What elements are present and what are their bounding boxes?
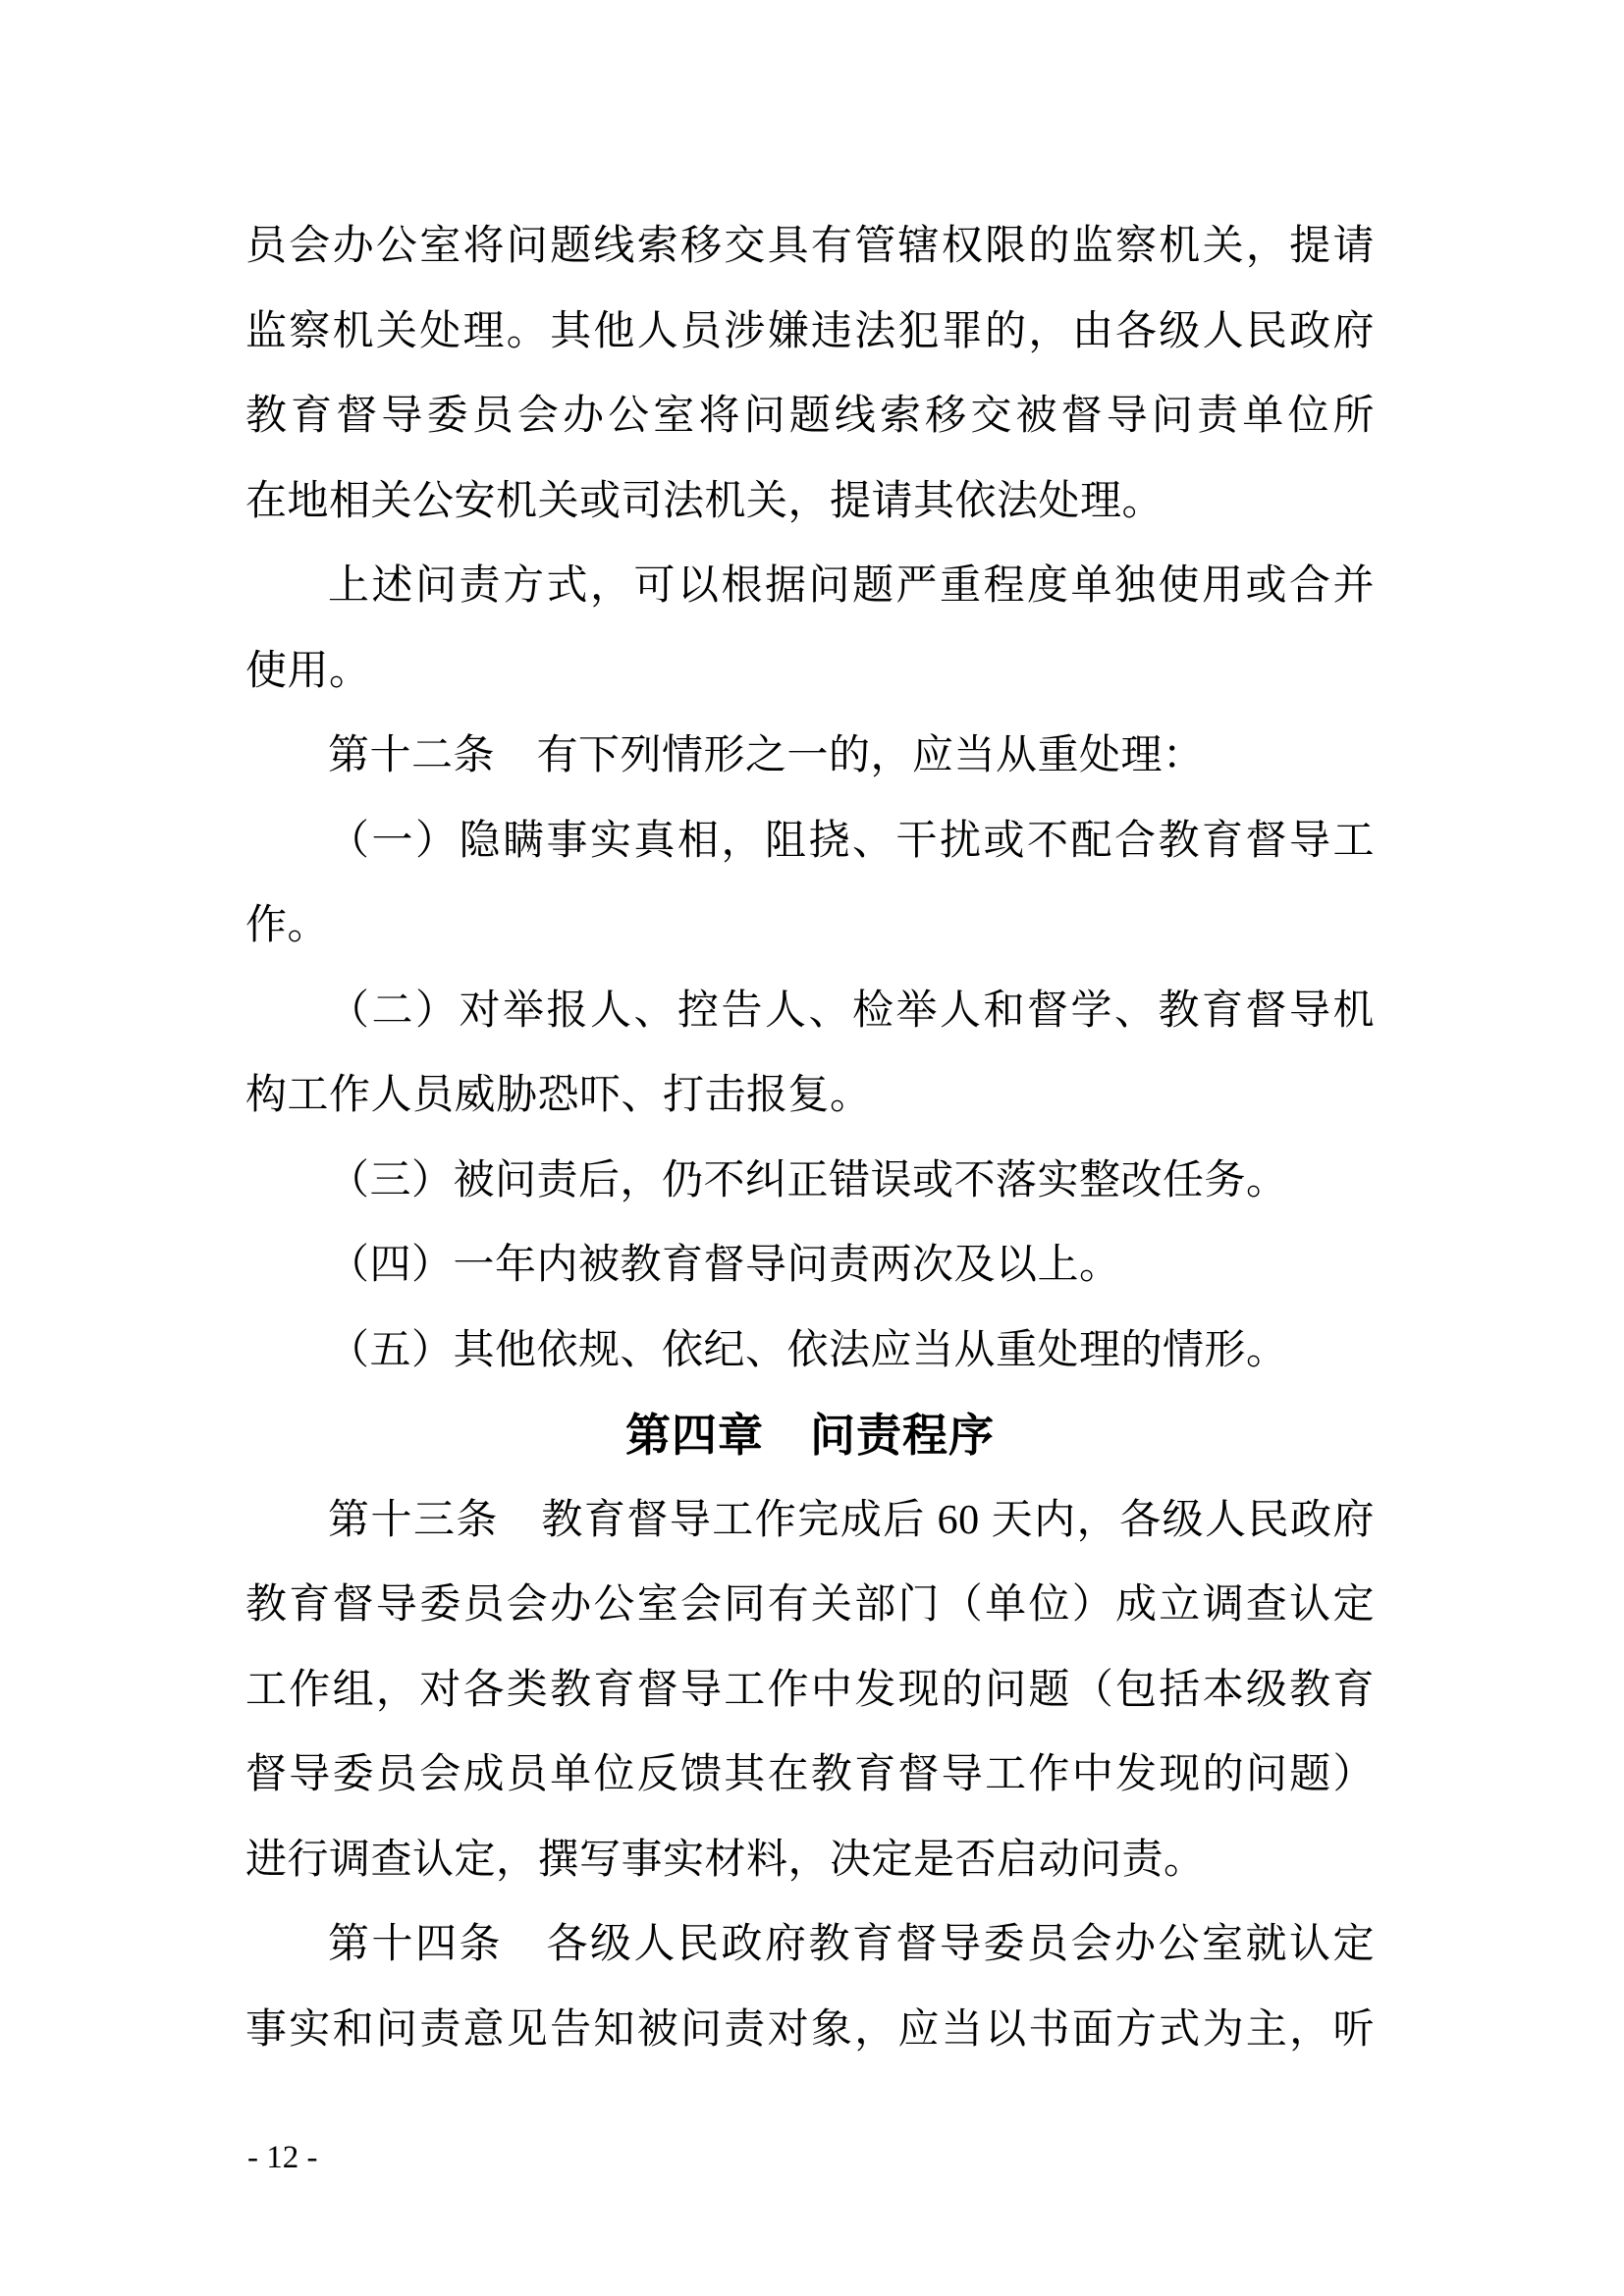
text-line: 使用。	[245, 629, 1375, 715]
text-line: 第十二条 有下列情形之一的，应当从重处理：	[245, 714, 1375, 799]
chapter-heading: 第四章 问责程序	[245, 1393, 1375, 1478]
text-line: 教育督导委员会办公室将问题线索移交被督导问责单位所	[245, 374, 1375, 459]
text-line: （三）被问责后，仍不纠正错误或不落实整改任务。	[245, 1139, 1375, 1224]
text-line: （五）其他依规、依纪、依法应当从重处理的情形。	[245, 1308, 1375, 1394]
text-line: 第十四条 各级人民政府教育督导委员会办公室就认定	[245, 1902, 1375, 1988]
document-page: 员会办公室将问题线索移交具有管辖权限的监察机关，提请监察机关处理。其他人员涉嫌违…	[0, 0, 1624, 2296]
text-line: 上述问责方式，可以根据问题严重程度单独使用或合并	[245, 544, 1375, 629]
text-line: 在地相关公安机关或司法机关，提请其依法处理。	[245, 459, 1375, 545]
text-line: （一）隐瞒事实真相，阻挠、干扰或不配合教育督导工	[245, 799, 1375, 884]
text-line: 教育督导委员会办公室会同有关部门（单位）成立调查认定	[245, 1563, 1375, 1648]
text-line: 进行调查认定，撰写事实材料，决定是否启动问责。	[245, 1818, 1375, 1903]
document-body: 员会办公室将问题线索移交具有管辖权限的监察机关，提请监察机关处理。其他人员涉嫌违…	[245, 204, 1375, 2072]
page-number: - 12 -	[247, 2138, 317, 2177]
text-line: 事实和问责意见告知被问责对象，应当以书面方式为主，听	[245, 1988, 1375, 2073]
text-line: 监察机关处理。其他人员涉嫌违法犯罪的，由各级人民政府	[245, 290, 1375, 375]
text-line: （四）一年内被教育督导问责两次及以上。	[245, 1223, 1375, 1308]
text-line: 作。	[245, 883, 1375, 969]
text-line: 工作组，对各类教育督导工作中发现的问题（包括本级教育	[245, 1648, 1375, 1734]
text-line: 督导委员会成员单位反馈其在教育督导工作中发现的问题）	[245, 1733, 1375, 1818]
text-line: 员会办公室将问题线索移交具有管辖权限的监察机关，提请	[245, 204, 1375, 290]
text-line: （二）对举报人、控告人、检举人和督学、教育督导机	[245, 969, 1375, 1054]
text-line: 构工作人员威胁恐吓、打击报复。	[245, 1053, 1375, 1139]
text-line: 第十三条 教育督导工作完成后 60 天内，各级人民政府	[245, 1478, 1375, 1564]
